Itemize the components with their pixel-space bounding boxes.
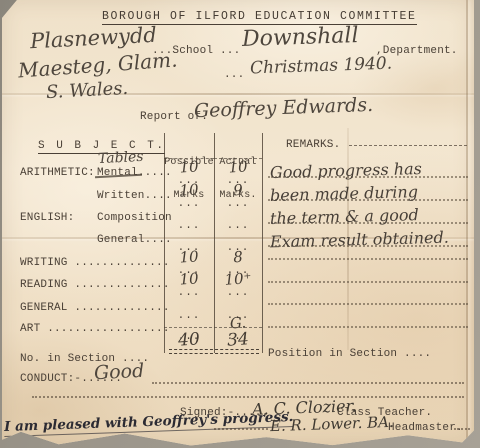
remarks-line: been made during — [268, 176, 468, 201]
pupil-name-handwritten: Geoffrey Edwards. — [194, 94, 374, 122]
subject-group-label: WRITING .............. — [20, 257, 170, 269]
remarks-blank-line — [268, 297, 468, 305]
paper-sheet: BOROUGH OF ILFORD EDUCATION COMMITTEE Pl… — [2, 0, 474, 446]
subject-group-label: ARITHMETIC: — [20, 167, 95, 179]
term-date-handwritten: Christmas 1940. — [250, 54, 393, 79]
cell-dots: ... — [164, 287, 214, 299]
parent-note-handwritten: I am pleased with Geoffrey's progress. — [4, 409, 294, 437]
blank-dotted-rule — [32, 396, 464, 398]
remarks-blank-line — [268, 320, 468, 328]
subject-item-label: Composition — [97, 212, 172, 224]
headmaster-dotted-rule-left — [214, 428, 268, 430]
item-word: General — [97, 234, 145, 246]
actual-marks-cell: 9... — [214, 187, 262, 207]
remarks-line: Exam result obtained. — [268, 222, 468, 247]
position-in-section-label: Position in Section .... — [268, 348, 431, 360]
remarks-header-rule — [349, 139, 467, 146]
possible-marks-cell: ... — [164, 299, 214, 319]
possible-marks-header: Possible Marks — [164, 135, 214, 159]
subject-item-label: Written.... — [97, 190, 172, 202]
subject-group-label: ENGLISH: — [20, 212, 74, 224]
school-name-handwritten: Plasnewydd — [29, 23, 157, 54]
remarks-line: the term & a good — [268, 199, 468, 224]
conduct-dotted-rule — [152, 382, 464, 384]
date-leader-dots: ... — [224, 69, 244, 81]
department-handwritten: Downshall — [242, 23, 359, 52]
totals-rule-double — [169, 349, 259, 354]
subject-group-label: READING .............. — [20, 279, 170, 291]
headmaster-signature: E. R. Lower. BA. — [270, 413, 394, 435]
subject-item-label: General.... — [97, 234, 172, 246]
remarks-line: Good progress has — [268, 153, 468, 178]
possible-marks-cell: 10... — [164, 276, 214, 296]
actual-marks-cell: 10⁺... — [214, 276, 262, 296]
possible-marks-cell: 10... — [164, 187, 214, 207]
headmaster-title: Headmaster. — [388, 422, 463, 434]
remarks-blank-line — [268, 275, 468, 283]
address-line-2: S. Wales. — [46, 78, 129, 103]
conduct-value-handwritten: Good — [93, 360, 144, 385]
actual-marks-header: Actual Marks. — [214, 135, 262, 159]
remarks-column-header: REMARKS. — [286, 139, 340, 151]
actual-marks-cell: ... — [214, 209, 262, 229]
scanned-report-card: BOROUGH OF ILFORD EDUCATION COMMITTEE Pl… — [0, 0, 480, 448]
item-word: Composition — [97, 212, 172, 224]
item-word: Written — [97, 190, 145, 202]
cell-dots: ... — [214, 287, 262, 299]
remarks-blank-line — [268, 252, 468, 260]
possible-marks-cell: ... — [164, 209, 214, 229]
subject-group-label: GENERAL .............. — [20, 302, 170, 314]
handwritten-correction: Tables — [98, 149, 144, 167]
headmaster-dotted-rule-right — [454, 428, 470, 430]
